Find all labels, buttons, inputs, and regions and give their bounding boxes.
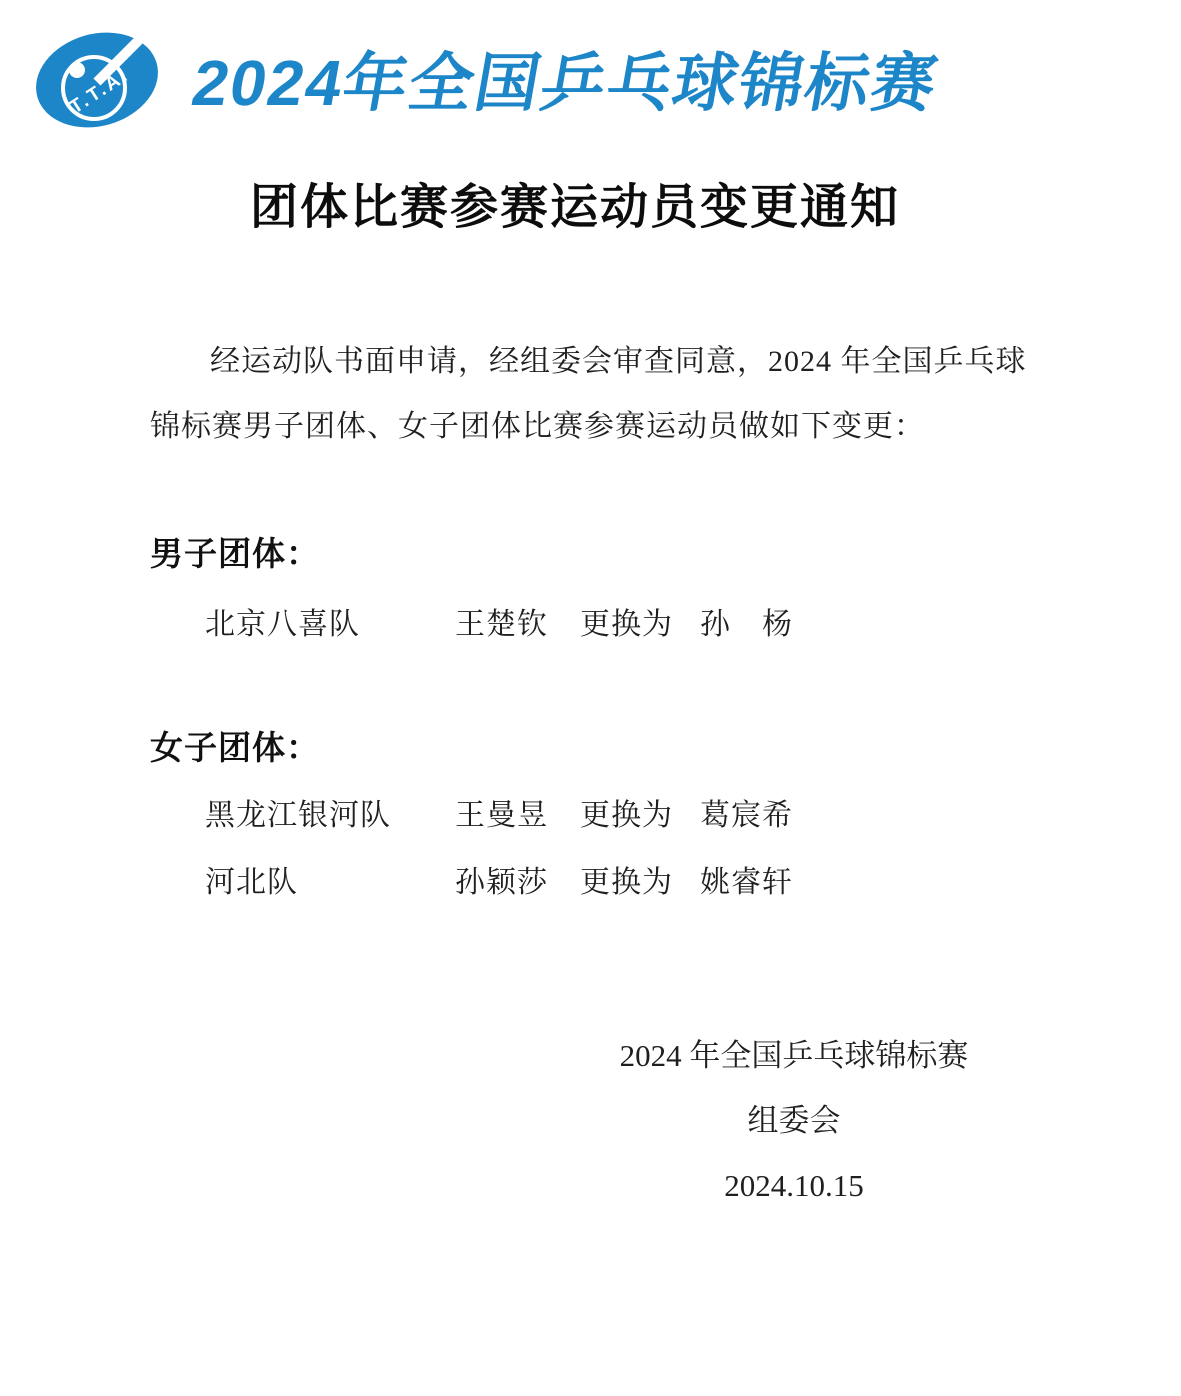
signature-organization-line-1: 2024 年全国乒乓球锦标赛 [518, 1036, 1070, 1076]
roster-change-row: 河北队 孙颖莎 更换为 姚睿轩 [205, 857, 793, 901]
roster-change-row: 北京八喜队 王楚钦 更换为 孙 杨 [205, 599, 793, 643]
team-name: 河北队 [205, 857, 455, 901]
intro-paragraph-line-2: 锦标赛男子团体、女子团体比赛参赛运动员做如下变更： [150, 401, 925, 445]
incoming-player: 葛宸希 [700, 790, 793, 834]
table-tennis-association-logo-icon: T.T.A. [33, 22, 167, 138]
outgoing-player: 王楚钦 [455, 599, 580, 643]
section-heading-womens-team: 女子团体： [150, 722, 320, 769]
outgoing-player: 王曼昱 [455, 790, 580, 834]
change-action: 更换为 [580, 857, 700, 901]
incoming-player: 姚睿轩 [700, 857, 793, 901]
signature-date: 2024.10.15 [518, 1166, 1070, 1206]
notice-document: T.T.A. 2024年全国乒乓球锦标赛 团体比赛参赛运动员变更通知 经运动队书… [0, 0, 1181, 1396]
signature-organization-line-2: 组委会 [518, 1101, 1070, 1141]
outgoing-player: 孙颖莎 [455, 857, 580, 901]
team-name: 北京八喜队 [205, 599, 455, 643]
section-heading-mens-team: 男子团体： [150, 528, 320, 575]
signature-block: 2024 年全国乒乓球锦标赛 组委会 2024.10.15 [518, 1036, 1070, 1231]
intro-paragraph-line-1: 经运动队书面申请，经组委会审查同意，2024 年全国乒乓球 [150, 336, 1027, 380]
incoming-player: 孙 杨 [700, 599, 793, 643]
banner-title: 2024年全国乒乓球锦标赛 [186, 32, 1162, 124]
document-title: 团体比赛参赛运动员变更通知 [0, 168, 1150, 237]
change-action: 更换为 [580, 599, 700, 643]
roster-change-row: 黑龙江银河队 王曼昱 更换为 葛宸希 [205, 790, 793, 834]
team-name: 黑龙江银河队 [205, 790, 455, 834]
change-action: 更换为 [580, 790, 700, 834]
